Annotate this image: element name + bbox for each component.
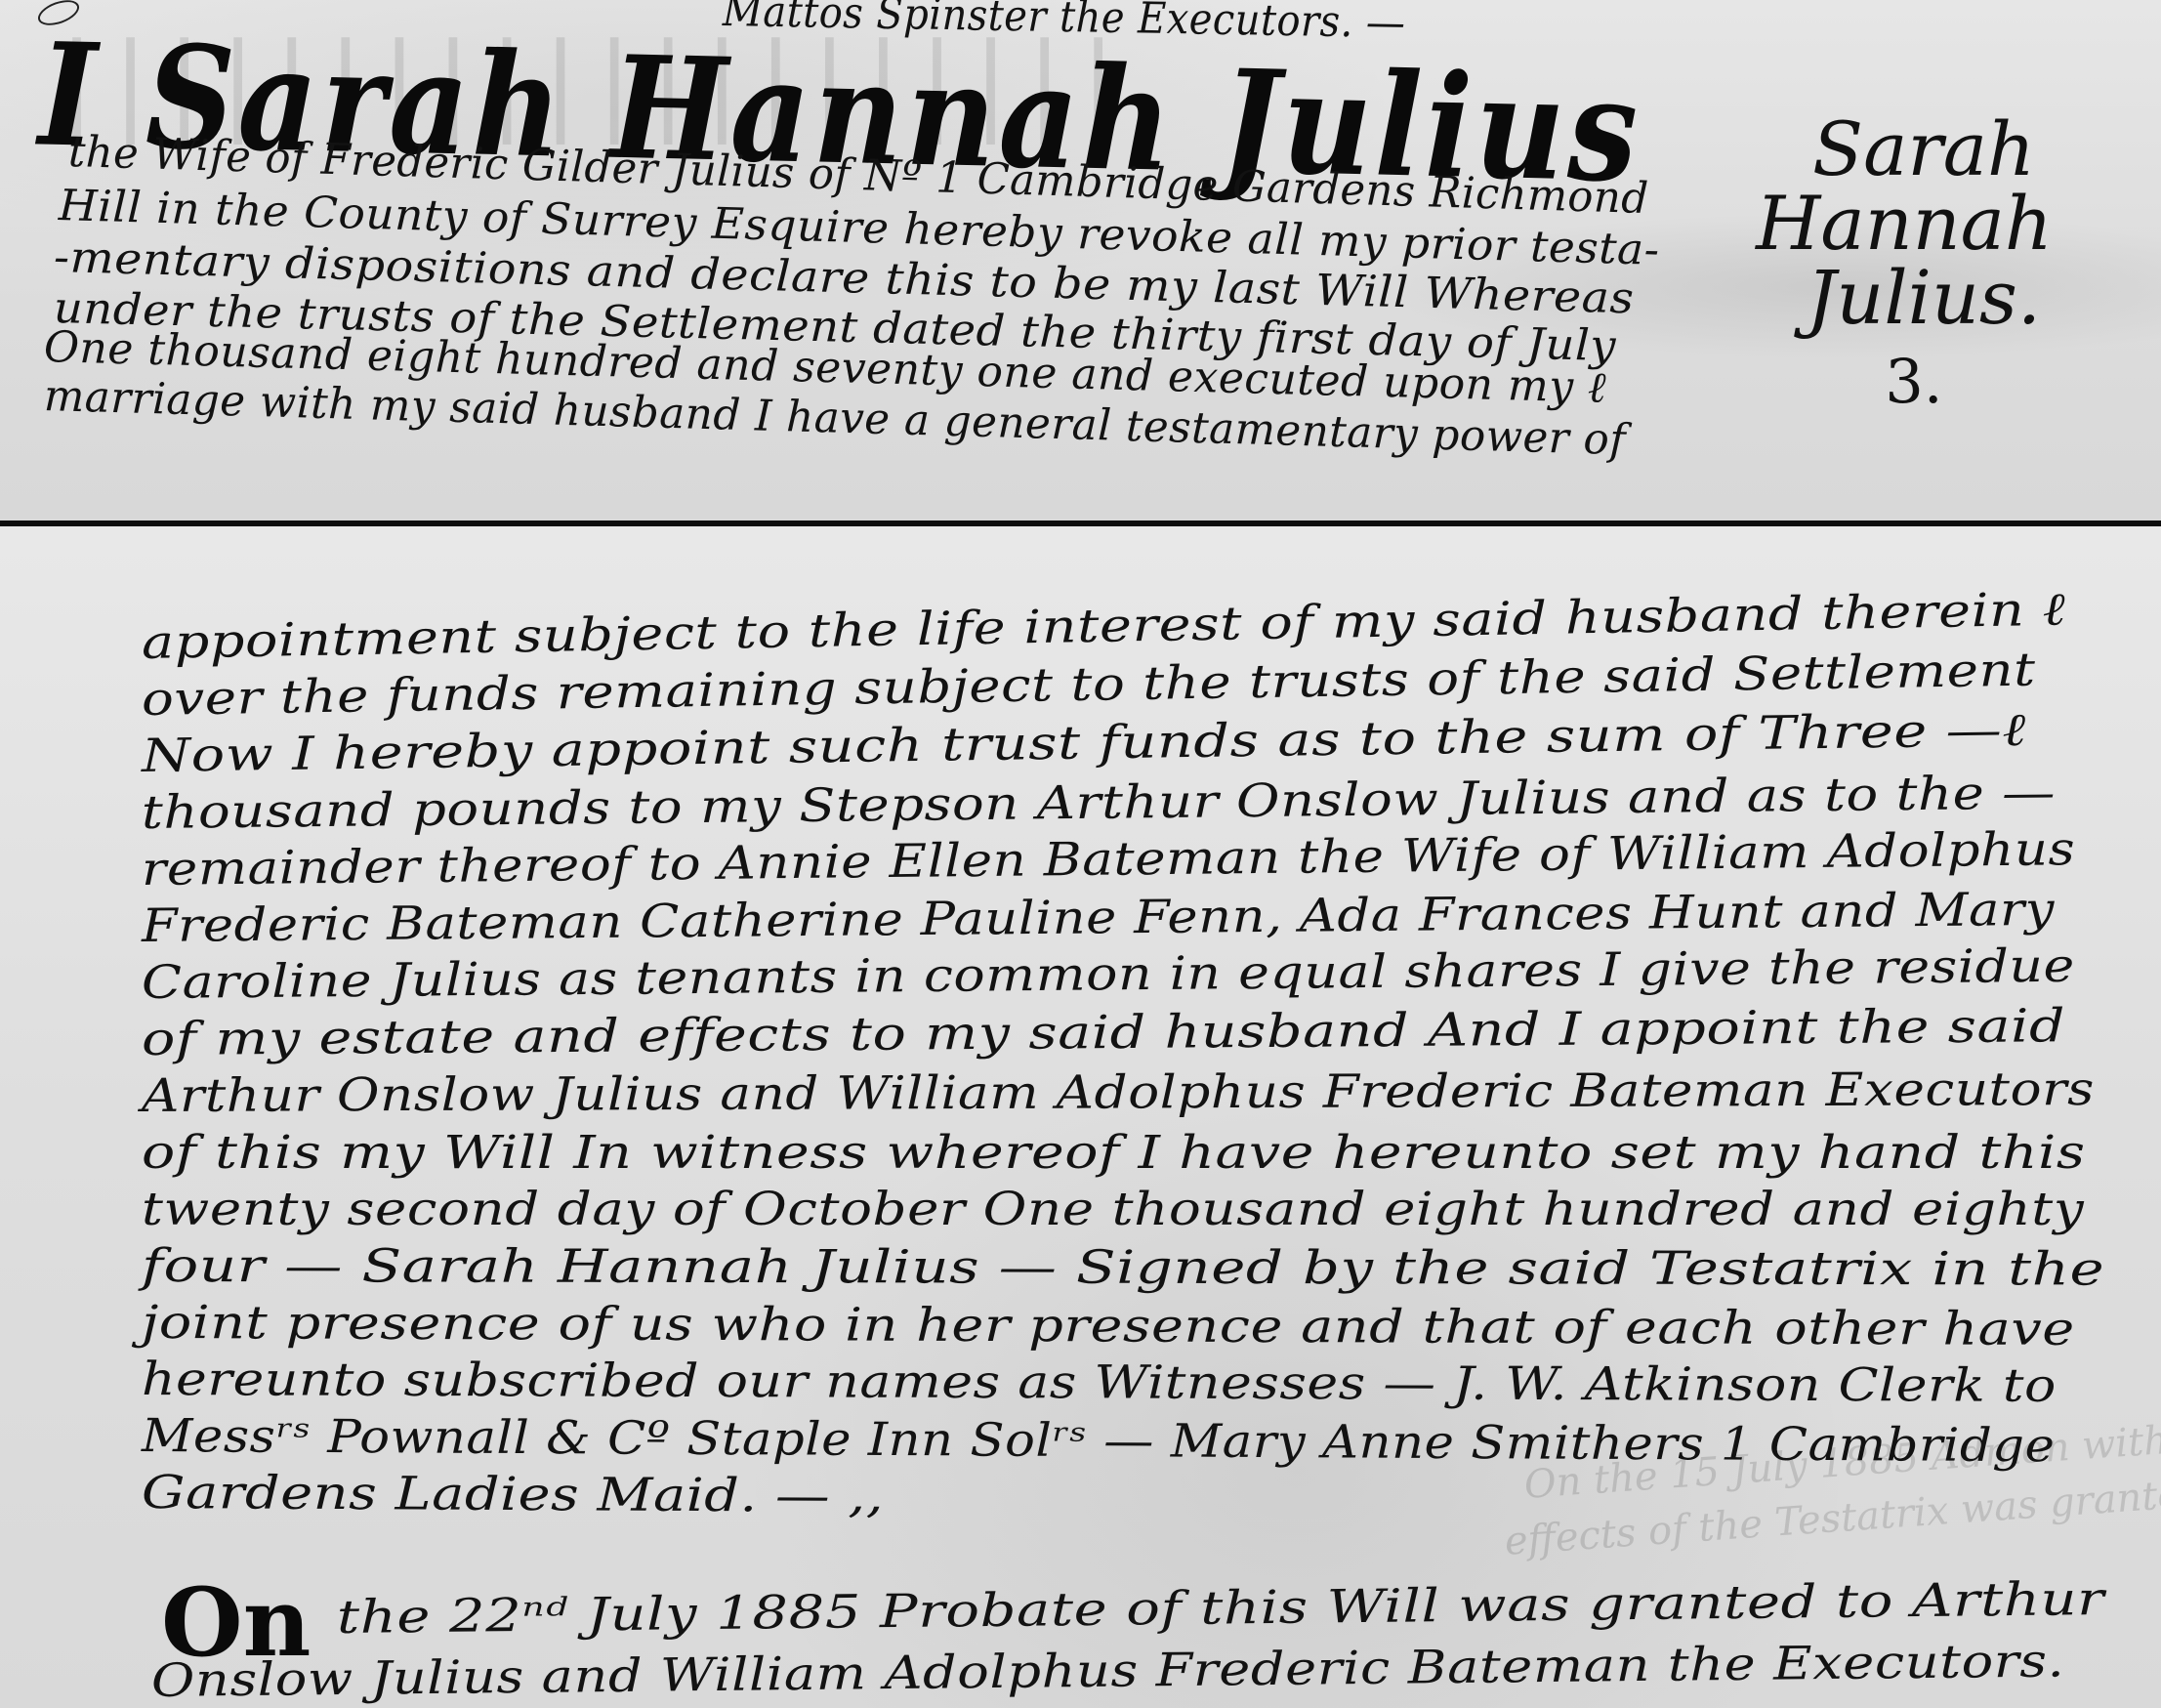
folio-number: 3. [1738, 343, 2090, 421]
margin-name-last: Julius. [1748, 261, 2099, 335]
margin-name-first: Sarah [1748, 112, 2099, 187]
margin-signature: Sarah Hannah Julius. 3. [1738, 112, 2090, 421]
will-text-line: twenty second day of October One thousan… [142, 1183, 2084, 1236]
probate-text-line: the 22ⁿᵈ July 1885 Probate of this Will … [337, 1572, 2105, 1645]
top-register-section: |||||||||||||||||||| Mattos Spinster the… [0, 0, 2161, 521]
will-text-line: Messʳˢ Pownall & Cº Staple Inn Solʳˢ — M… [142, 1409, 2056, 1473]
will-text-line: hereunto subscribed our names as Witness… [142, 1353, 2057, 1413]
margin-name-middle: Hannah [1728, 187, 2080, 261]
will-text-line: joint presence of us who in her presence… [142, 1296, 2075, 1356]
will-text-line: Arthur Onslow Julius and William Adolphu… [142, 1062, 2095, 1123]
will-text-line: four — Sarah Hannah Julius — Signed by t… [142, 1239, 2104, 1297]
bleed-through-text: effects of the Testatrix was granted to [1503, 1467, 2161, 1564]
will-text-line: Gardens Ladies Maid. — ,, [142, 1466, 884, 1523]
bottom-register-section: On the 15 July 1885 Admon with the Will … [0, 526, 2161, 1708]
will-text-line: of my estate and effects to my said husb… [142, 999, 2065, 1066]
will-text-line: of this my Will In witness whereof I hav… [142, 1126, 2086, 1180]
probate-text-line: Onslow Julius and William Adolphus Frede… [151, 1634, 2065, 1708]
